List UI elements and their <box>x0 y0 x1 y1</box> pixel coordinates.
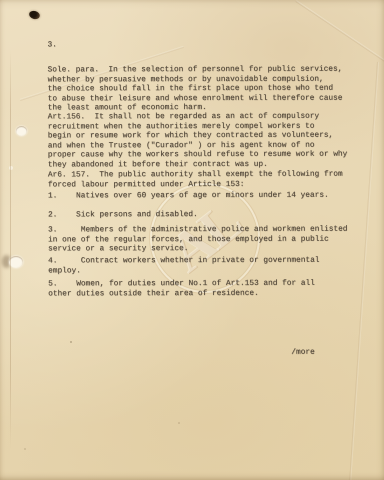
paragraph-article-157: Ar6. 157. The public authority shall exe… <box>48 171 343 191</box>
list-item-2: 2. Sick persons and disabled. <box>48 211 198 221</box>
scanned-document-page: AL 3. Sole. para. In the selection of pe… <box>0 0 384 480</box>
typewritten-text-layer: 3. Sole. para. In the selection of perso… <box>47 0 364 480</box>
punch-hole <box>9 166 13 170</box>
paper-fold-edge <box>10 50 11 450</box>
paragraph-article-156: Art.156. It shall not be regarded as an … <box>48 113 348 171</box>
paper-speck <box>24 448 26 450</box>
list-item-3: 3. Members of the administrative police … <box>48 226 348 255</box>
page-number: 3. <box>47 41 56 51</box>
list-item-4: 4. Contract workers whether in private o… <box>48 257 319 277</box>
list-item-5: 5. Women, for duties under No.1 of Art.1… <box>48 280 315 300</box>
punch-hole <box>9 256 23 268</box>
paragraph-sole-para: Sole. para. In the selection of personne… <box>48 66 343 114</box>
list-item-1: 1. Natives over 60 years of age or minor… <box>48 192 329 202</box>
ink-blot-mark <box>28 10 41 21</box>
punch-hole <box>16 126 27 136</box>
continuation-mark: /more <box>291 349 314 359</box>
